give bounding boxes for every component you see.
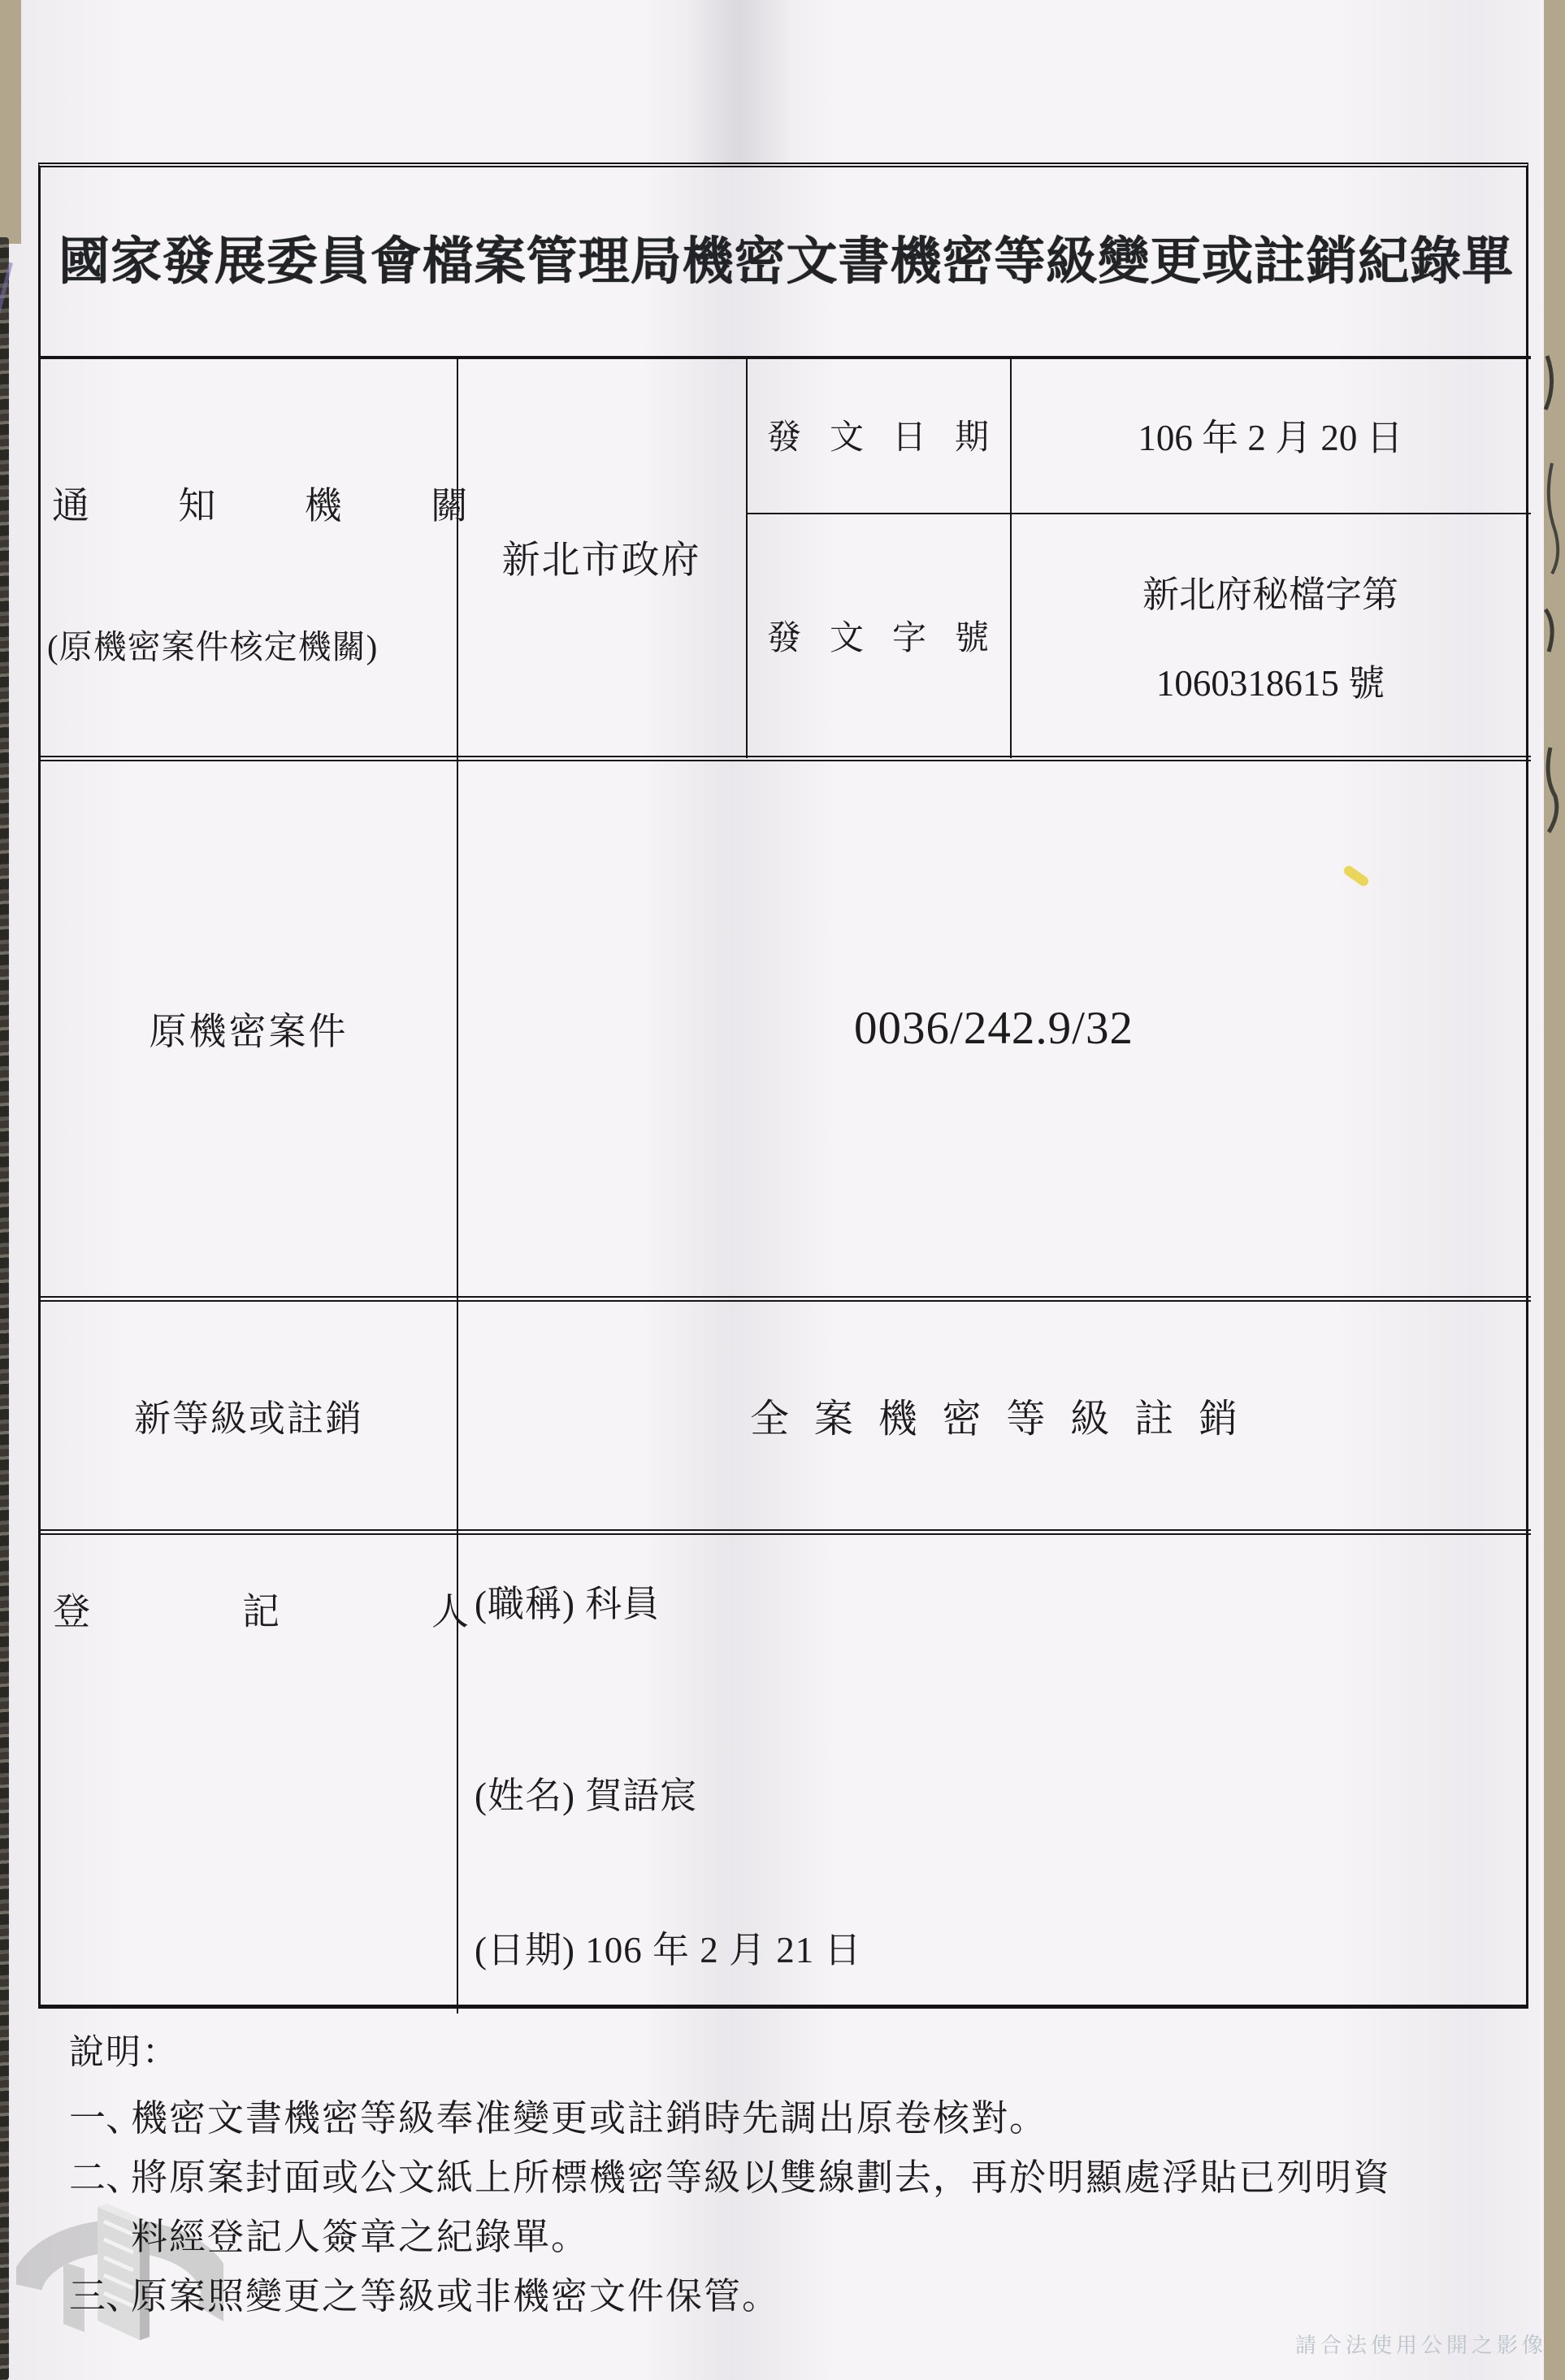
new-level-value-cell: 全案機密等級註銷 [457,1298,1531,1532]
table-vline [1010,356,1012,758]
record-form-table: 國家發展委員會檔案管理局機密文書機密等級變更或註銷紀錄單 通 知 機 關 (原機… [38,163,1528,2009]
issue-number-line1: 新北府秘檔字第 [1142,565,1398,618]
label-char: 文 [830,611,864,660]
issue-date-value-cell: 106 年 2 月 20 日 [1010,356,1531,513]
note-number: 三、 [69,2267,131,2326]
note-text: 機密文書機密等級奉准變更或註銷時先調出原卷核對。 [131,2089,1537,2148]
original-case-label-cell: 原機密案件 [41,758,457,1298]
original-case-label: 原機密案件 [150,1002,349,1056]
note-item: 二、 將原案封面或公文紙上所標機密等級以雙線劃去，再於明顯處浮貼已列明資料經登記… [69,2148,1537,2267]
label-char: 通 [52,476,89,530]
registrar-date-line: (日期) 106 年 2 月 21 日 [475,1920,861,1973]
label-char: 號 [955,611,989,660]
label-char: 登 [53,1582,90,1636]
registrar-name-line: (姓名) 賀語宸 [475,1766,697,1819]
note-item: 三、 原案照變更之等級或非機密文件保管。 [69,2267,1537,2326]
notify-agency-value-cell: 新北市政府 [457,356,746,758]
table-hline [41,356,1531,359]
label-char: 字 [892,611,926,660]
new-level-label-cell: 新等級或註銷 [41,1298,457,1532]
label-char: 記 [242,1582,280,1636]
label-char: 發 [767,611,801,660]
form-title: 國家發展委員會檔案管理局機密文書機密等級變更或註銷紀錄單 [59,233,1513,289]
issue-number-value-cell: 新北府秘檔字第 1060318615 號 [1010,513,1531,758]
paper-crease [687,0,792,167]
label-char: 發 [767,410,801,459]
new-level-label: 新等級或註銷 [134,1389,363,1441]
note-number: 一、 [69,2089,131,2148]
notify-agency-sublabel: (原機密案件核定機關) [47,620,450,668]
registrar-label-cell: 登 記 人 [41,1532,457,2011]
notify-agency-label-cell: 通 知 機 關 (原機密案件核定機關) [41,356,457,758]
usage-watermark-text: 請合法使用公開之影像 [1295,2329,1547,2359]
note-item: 一、 機密文書機密等級奉准變更或註銷時先調出原卷核對。 [69,2089,1537,2148]
table-hline [41,756,1531,761]
note-number: 二、 [69,2148,131,2208]
pen-marks-right-margin [1539,341,1565,878]
issue-date-value: 106 年 2 月 20 日 [1138,408,1402,461]
table-hline [41,1296,1531,1302]
issue-number-line2: 1060318615 號 [1156,653,1385,706]
original-case-value-cell: 0036/242.9/32 [457,758,1531,1298]
table-vline [457,356,458,2014]
notify-agency-value: 新北市政府 [502,530,701,584]
new-level-value: 全案機密等級註銷 [750,1387,1238,1443]
registrar-title-line: (職稱) 科員 [475,1574,660,1627]
issue-date-label: 發 文 日 期 [746,410,1010,459]
label-char: 日 [892,410,926,459]
original-case-value: 0036/242.9/32 [854,1002,1134,1055]
issue-number-label-cell: 發 文 字 號 [746,513,1010,758]
label-char: 知 [178,476,215,530]
notes-heading: 說明： [69,2025,1537,2074]
table-vline [746,356,748,758]
scanned-document-page: { "colors": { "paper": "#f6f4f6", "scan_… [0,0,1565,2380]
issue-date-label-cell: 發 文 日 期 [746,356,1010,513]
table-hline [41,1529,1531,1535]
form-title-row: 國家發展委員會檔案管理局機密文書機密等級變更或註銷紀錄單 [41,167,1531,356]
scan-edge-top-left [0,0,21,244]
registrar-label: 登 記 人 [53,1582,469,1636]
table-hline [746,513,1531,514]
notes-section: 說明： 一、 機密文書機密等級奉准變更或註銷時先調出原卷核對。 二、 將原案封面… [69,2025,1537,2326]
notify-agency-label: 通 知 機 關 [52,476,468,530]
label-char: 期 [955,410,989,459]
label-char: 文 [830,410,864,459]
label-char: 機 [305,476,342,530]
scan-edge-left [0,237,9,2380]
note-text: 將原案封面或公文紙上所標機密等級以雙線劃去，再於明顯處浮貼已列明資料經登記人簽章… [131,2148,1407,2267]
issue-number-label: 發 文 字 號 [746,611,1010,660]
note-text: 原案照變更之等級或非機密文件保管。 [131,2267,1537,2326]
registrar-value-cell: (職稱) 科員 (姓名) 賀語宸 (日期) 106 年 2 月 21 日 [457,1532,1531,2011]
